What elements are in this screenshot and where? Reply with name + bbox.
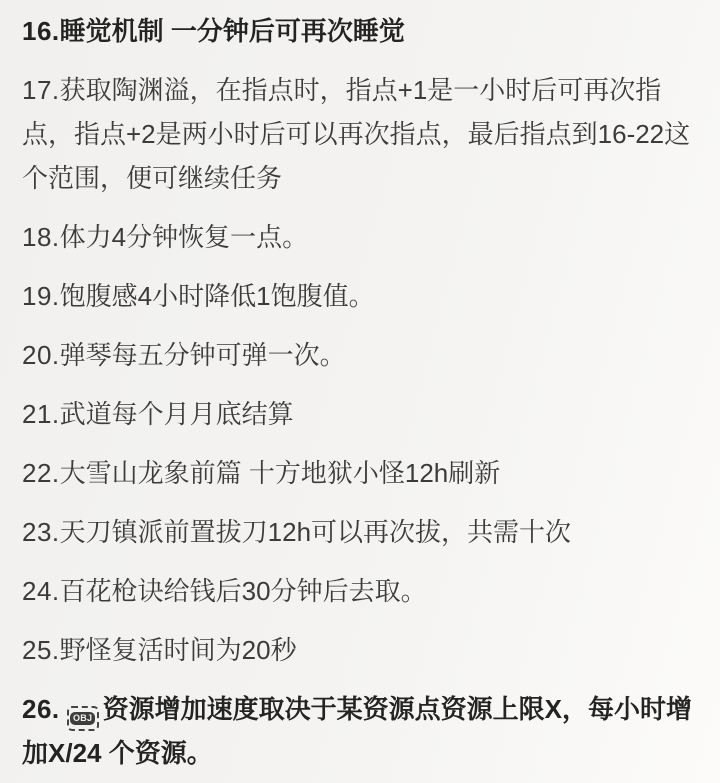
item-text: 资源增加速度取决于某资源点资源上限X，每小时增加X/24 个资源。 — [22, 694, 692, 768]
item-text: 获取陶渊溢，在指点时，指点+1是一小时后可再次指点，指点+2是两小时后可以再次指… — [22, 75, 690, 193]
object-replacement-icon-label: OBJ — [70, 712, 95, 725]
item-text: 饱腹感4小时降低1饱腹值。 — [60, 281, 375, 311]
list-item-20: 20.弹琴每五分钟可弹一次。 — [22, 333, 700, 377]
object-replacement-icon: OBJ — [67, 706, 99, 731]
item-number: 19. — [22, 281, 60, 311]
item-text: 野怪复活时间为20秒 — [60, 635, 297, 665]
item-number: 22. — [22, 458, 60, 488]
item-text: 睡觉机制 一分钟后可再次睡觉 — [60, 16, 405, 46]
list-item-25: 25.野怪复活时间为20秒 — [22, 628, 700, 672]
item-number: 20. — [22, 340, 60, 370]
list-item-22: 22.大雪山龙象前篇 十方地狱小怪12h刷新 — [22, 451, 700, 495]
item-text: 弹琴每五分钟可弹一次。 — [60, 340, 346, 370]
item-number: 24. — [22, 576, 60, 606]
item-text: 体力4分钟恢复一点。 — [60, 222, 308, 252]
list-item-19: 19.饱腹感4小时降低1饱腹值。 — [22, 274, 700, 318]
notes-page: 16.睡觉机制 一分钟后可再次睡觉 17.获取陶渊溢，在指点时，指点+1是一小时… — [0, 0, 720, 775]
list-item-17: 17.获取陶渊溢，在指点时，指点+1是一小时后可再次指点，指点+2是两小时后可以… — [22, 68, 700, 200]
list-item-24: 24.百花枪诀给钱后30分钟后去取。 — [22, 569, 700, 613]
item-text: 天刀镇派前置拔刀12h可以再次拔，共需十次 — [60, 517, 571, 547]
item-number: 17. — [22, 75, 60, 105]
list-item-26: 26.OBJ资源增加速度取决于某资源点资源上限X，每小时增加X/24 个资源。 — [22, 687, 700, 775]
item-text: 武道每个月月底结算 — [60, 399, 294, 429]
list-item-23: 23.天刀镇派前置拔刀12h可以再次拔，共需十次 — [22, 510, 700, 554]
item-number: 26. — [22, 694, 60, 724]
item-number: 25. — [22, 635, 60, 665]
list-item-16: 16.睡觉机制 一分钟后可再次睡觉 — [22, 9, 700, 53]
list-item-21: 21.武道每个月月底结算 — [22, 392, 700, 436]
item-number: 21. — [22, 399, 60, 429]
item-number: 23. — [22, 517, 60, 547]
item-number: 18. — [22, 222, 60, 252]
item-number: 16. — [22, 16, 60, 46]
list-item-18: 18.体力4分钟恢复一点。 — [22, 215, 700, 259]
item-text: 百花枪诀给钱后30分钟后去取。 — [60, 576, 427, 606]
item-text: 大雪山龙象前篇 十方地狱小怪12h刷新 — [60, 458, 501, 488]
